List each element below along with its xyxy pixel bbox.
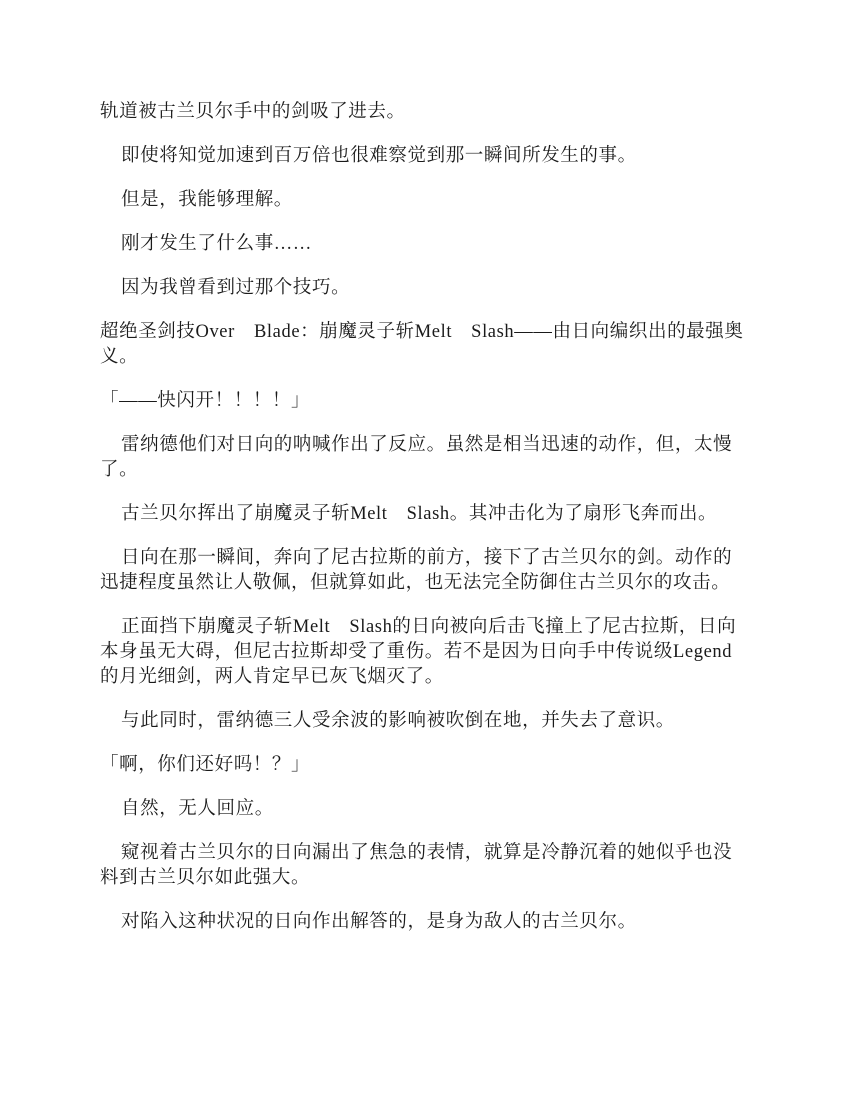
paragraph-14: 自然，无人回应。: [100, 797, 750, 822]
paragraph-12: 与此同时，雷纳德三人受余波的影响被吹倒在地，并失去了意识。: [100, 709, 750, 734]
paragraph-6: 超绝圣剑技Over Blade：崩魔灵子斩Melt Slash——由日向编织出的…: [100, 320, 750, 370]
paragraph-10: 日向在那一瞬间，奔向了尼古拉斯的前方，接下了古兰贝尔的剑。动作的迅捷程度虽然让人…: [100, 546, 750, 596]
paragraph-4: 刚才发生了什么事……: [100, 232, 750, 257]
paragraph-8: 雷纳德他们对日向的呐喊作出了反应。虽然是相当迅速的动作，但，太慢了。: [100, 433, 750, 483]
dialogue-2: 「啊，你们还好吗！？」: [100, 753, 750, 778]
dialogue-1: 「——快闪开！！！！」: [100, 389, 750, 414]
paragraph-3: 但是，我能够理解。: [100, 188, 750, 213]
paragraph-11: 正面挡下崩魔灵子斩Melt Slash的日向被向后击飞撞上了尼古拉斯，日向本身虽…: [100, 615, 750, 690]
paragraph-2: 即使将知觉加速到百万倍也很难察觉到那一瞬间所发生的事。: [100, 144, 750, 169]
paragraph-1: 轨道被古兰贝尔手中的剑吸了进去。: [100, 100, 750, 125]
paragraph-5: 因为我曾看到过那个技巧。: [100, 276, 750, 301]
paragraph-15: 窥视着古兰贝尔的日向漏出了焦急的表情，就算是冷静沉着的她似乎也没料到古兰贝尔如此…: [100, 841, 750, 891]
paragraph-16: 对陷入这种状况的日向作出解答的，是身为敌人的古兰贝尔。: [100, 910, 750, 935]
paragraph-9: 古兰贝尔挥出了崩魔灵子斩Melt Slash。其冲击化为了扇形飞奔而出。: [100, 502, 750, 527]
document-page: 轨道被古兰贝尔手中的剑吸了进去。 即使将知觉加速到百万倍也很难察觉到那一瞬间所发…: [100, 100, 750, 954]
